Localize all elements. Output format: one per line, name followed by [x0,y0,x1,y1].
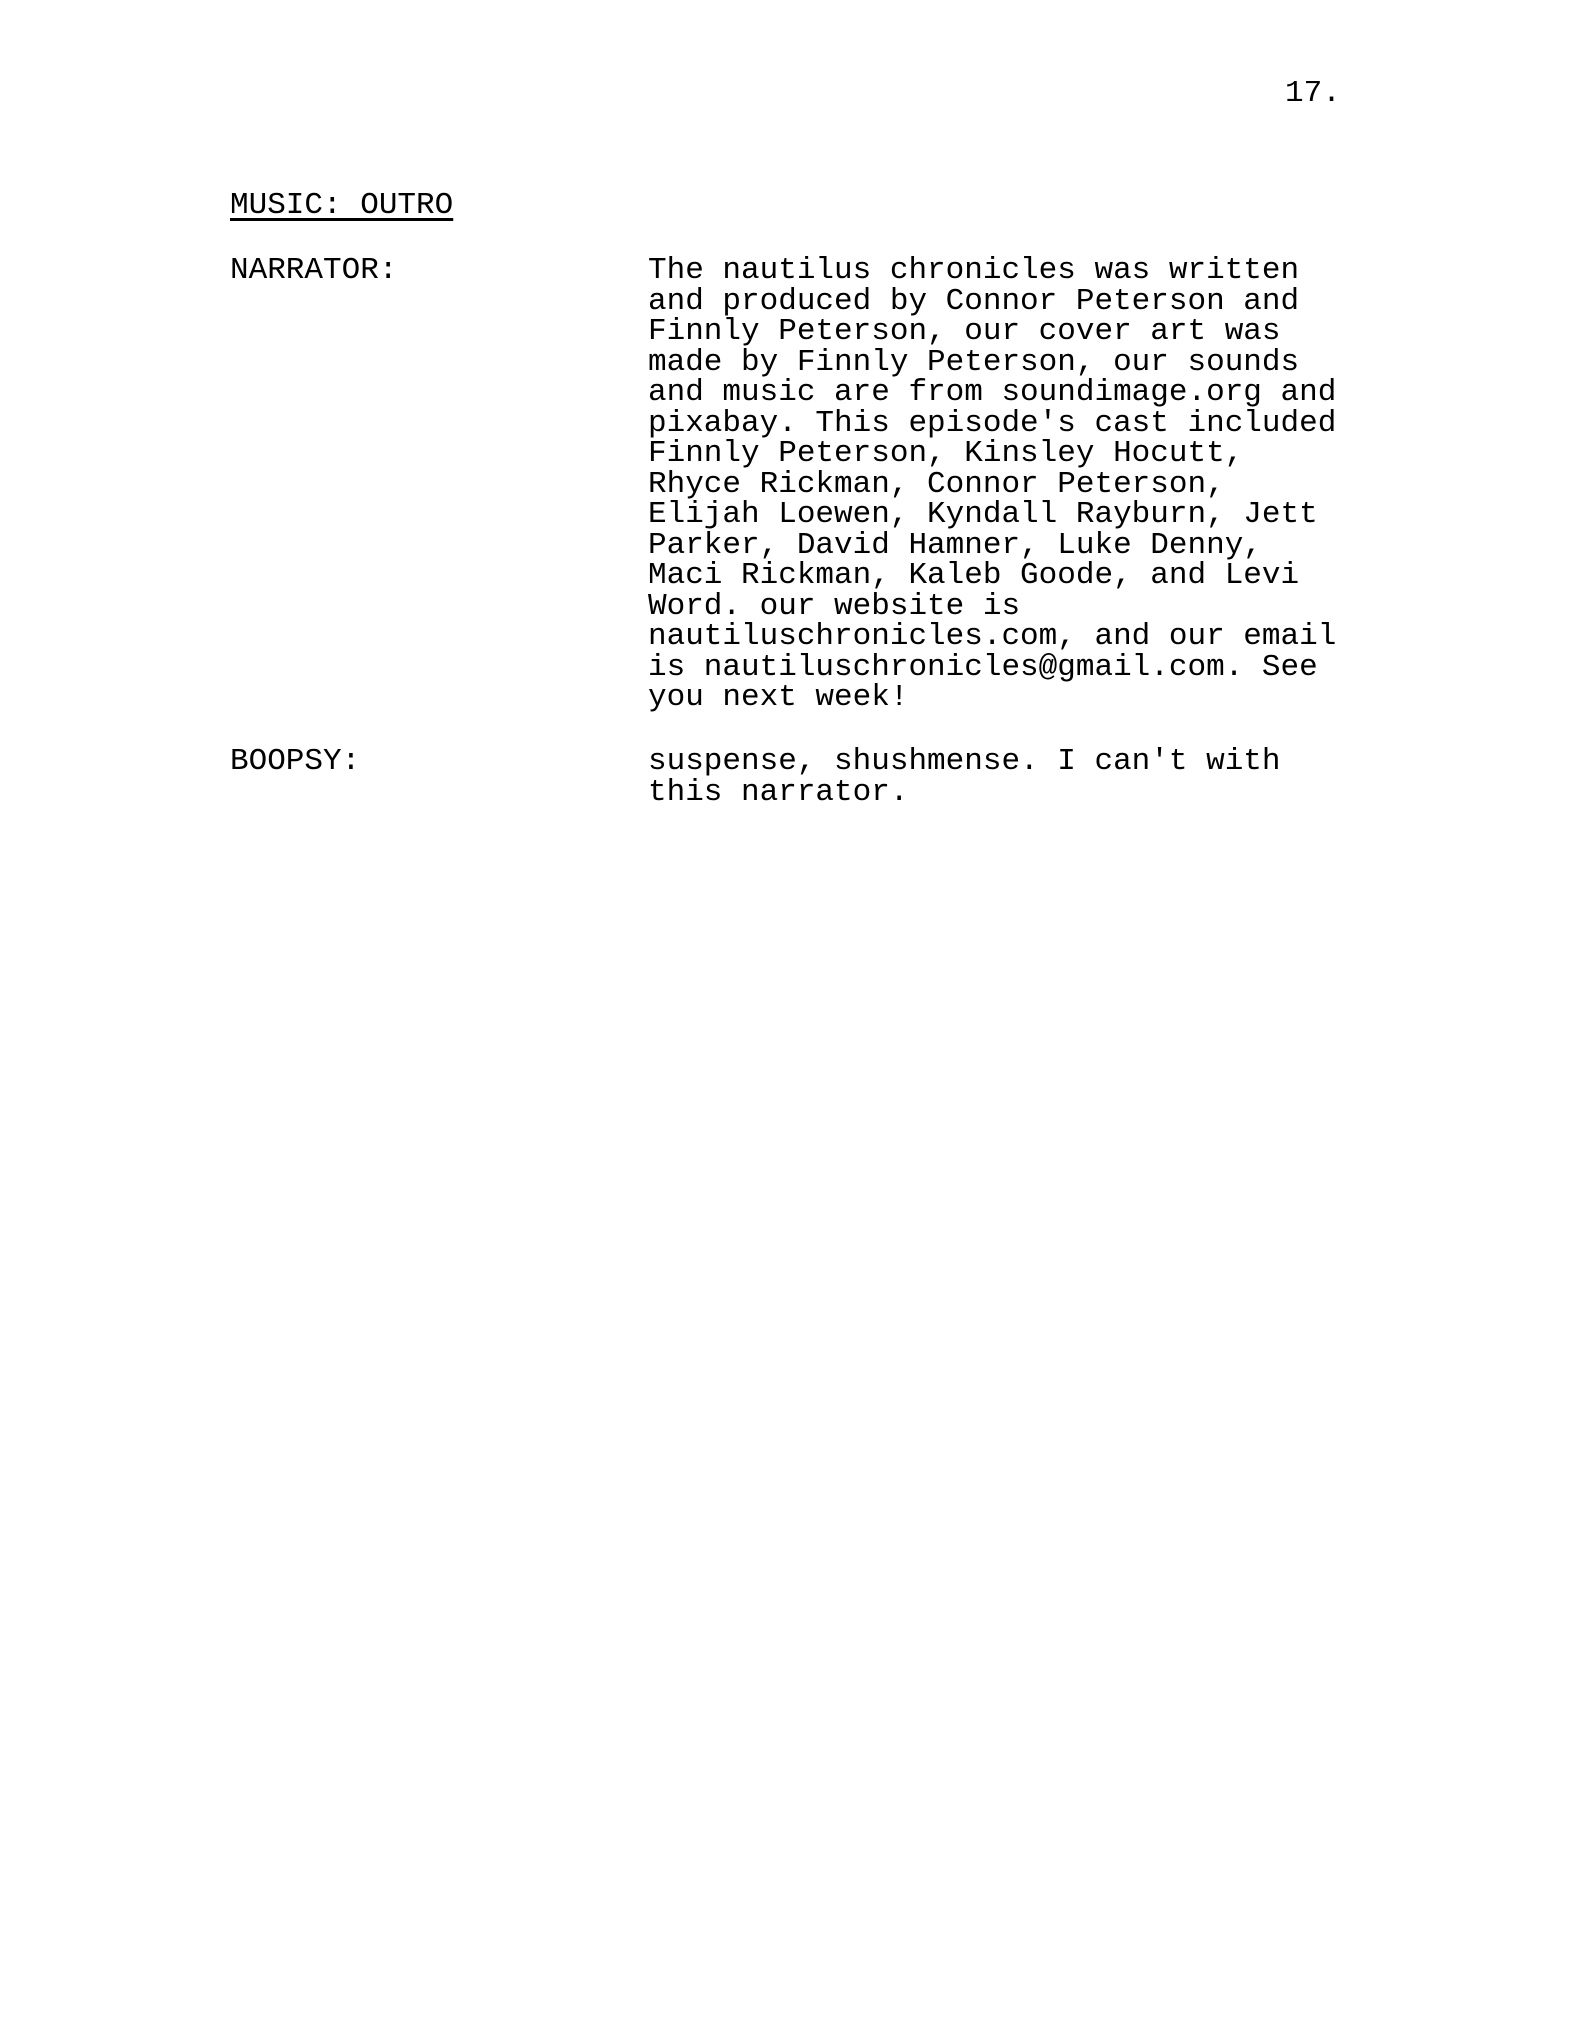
script-page: 17. MUSIC: OUTRO NARRATOR: The nautilus … [0,0,1577,2039]
music-cue-heading: MUSIC: OUTRO [230,191,453,222]
speaker-name-boopsy: BOOPSY: [230,747,360,778]
dialogue-narrator: The nautilus chronicles was written and … [648,256,1368,714]
page-number: 17. [1285,79,1341,110]
speaker-name-narrator: NARRATOR: [230,256,397,287]
dialogue-boopsy: suspense, shushmense. I can't with this … [648,747,1368,808]
